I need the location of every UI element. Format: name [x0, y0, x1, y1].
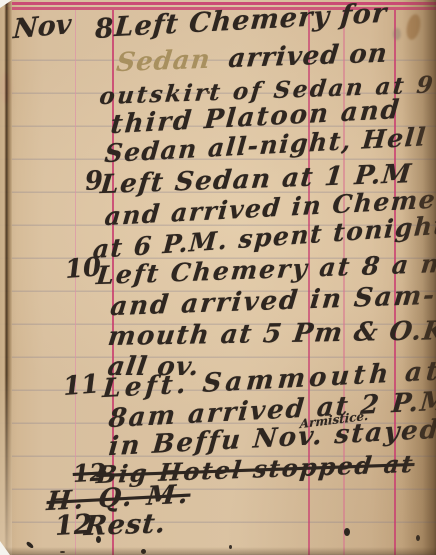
- page-edge-right: [402, 0, 436, 555]
- day-number-11: 11: [62, 369, 100, 401]
- ink-speck: [344, 528, 350, 536]
- faded-word: Sedan: [115, 45, 212, 78]
- entry-line: Sedanarrived on: [115, 39, 390, 79]
- month-label: Nov: [12, 9, 72, 45]
- page-edge-bottom: [0, 547, 436, 555]
- binding-edge-fade: [0, 375, 12, 555]
- day-number-8: 8: [94, 13, 114, 45]
- gray-smudge: [393, 28, 401, 40]
- entry-line: mouth at 5 Pm & O.K.: [106, 316, 436, 352]
- entry-line: Left Chemery for: [113, 0, 388, 43]
- diary-page: Nov 8 9 10 11 12 12 Left Chemery for Sed…: [0, 0, 436, 555]
- entry-line-text: arrived on: [227, 39, 389, 75]
- entry-line: Rest.: [83, 508, 168, 542]
